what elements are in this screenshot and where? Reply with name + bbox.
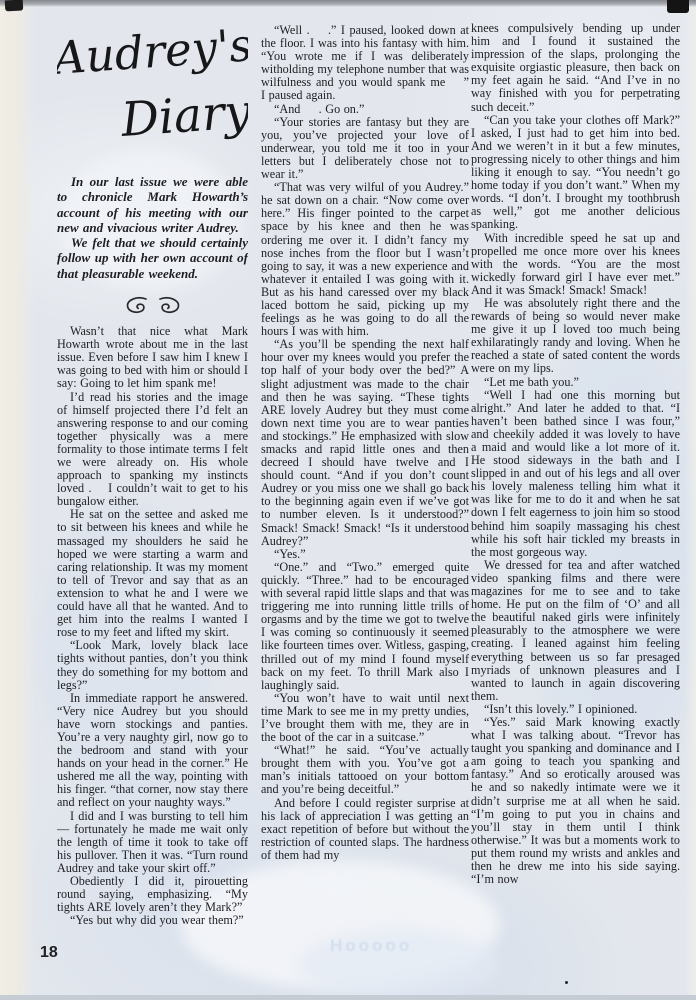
paragraph: “What!” he said. “You’ve actually brough… — [261, 744, 469, 796]
scan-left-margin — [0, 0, 36, 1000]
scan-right-margin — [684, 0, 696, 1000]
paragraph: He was absolutely right there and the re… — [471, 297, 680, 376]
paragraph: “Yes but why did you wear them?” — [57, 914, 248, 927]
paragraph: “You won’t have to wait until next time … — [261, 692, 469, 744]
paragraph: “Look Mark, lovely black lace tights wit… — [57, 639, 248, 691]
paragraph: In our last issue we were able to chroni… — [57, 174, 248, 235]
paragraph: I did and I was bursting to tell him — f… — [57, 810, 248, 875]
paragraph: “Let me bath you.” — [471, 376, 680, 389]
scan-top-band — [0, 0, 696, 7]
magazine-page: Audrey's Diary In our last issue we were… — [0, 0, 696, 1000]
paragraph: knees compulsively bending up under him … — [471, 22, 680, 114]
paragraph: “Isn’t this lovely.” I opinioned. — [471, 703, 680, 716]
paragraph: “Yes.” — [261, 548, 469, 561]
paragraph: With incredible speed he sat up and prop… — [471, 232, 680, 297]
paragraph: “And . Go on.” — [261, 103, 469, 116]
article-text-column-3: knees compulsively bending up under him … — [471, 22, 680, 886]
bleedthrough-text: Hooooo — [330, 936, 412, 956]
paragraph: Obediently I did it, pirouetting round s… — [57, 875, 248, 914]
intro-standfirst: In our last issue we were able to chroni… — [57, 174, 248, 281]
column-1: Audrey's Diary In our last issue we were… — [57, 22, 248, 994]
paragraph: “Well I had one this morning but alright… — [471, 389, 680, 559]
paragraph: “Well . .” I paused, looked down at the … — [261, 24, 469, 103]
double-scroll-ornament-icon — [57, 295, 248, 320]
paragraph: Wasn’t that nice what Mark Howarth wrote… — [57, 325, 248, 390]
scan-corner-mark — [667, 0, 689, 13]
paragraph: He sat on the settee and asked me to sit… — [57, 508, 248, 639]
article-text-column-1: Wasn’t that nice what Mark Howarth wrote… — [57, 325, 248, 927]
paragraph: “Your stories are fantasy but they are y… — [261, 116, 469, 181]
paragraph: “As you’ll be spending the next half hou… — [261, 338, 469, 548]
page-number: 18 — [40, 944, 58, 962]
paragraph: We dressed for tea and after watched vid… — [471, 559, 680, 703]
title-line-1: Audrey's — [57, 23, 248, 81]
title-line-2: Diary — [120, 88, 248, 144]
paragraph: “Yes.” said Mark knowing exactly what I … — [471, 716, 680, 886]
paragraph: And before I could register surprise at … — [261, 797, 469, 862]
scan-corner-mark — [5, 0, 24, 11]
paragraph: In immediate rapport he answered. “Very … — [57, 692, 248, 810]
paragraph: “That was very wilful of you Audrey.” he… — [261, 181, 469, 338]
paragraph: We felt that we should certainly follow … — [57, 235, 248, 281]
column-2: “Well . .” I paused, looked down at the … — [261, 24, 469, 996]
page-title: Audrey's Diary — [57, 36, 248, 144]
column-3: knees compulsively bending up under him … — [471, 22, 680, 994]
scan-speck — [565, 981, 568, 984]
paragraph: “Can you take your clothes off Mark?” I … — [471, 114, 680, 232]
paragraph: “One.” and “Two.” emerged quite quickly.… — [261, 561, 469, 692]
article-text-column-2: “Well . .” I paused, looked down at the … — [261, 24, 469, 862]
paragraph: I’d read his stories and the image of hi… — [57, 391, 248, 509]
